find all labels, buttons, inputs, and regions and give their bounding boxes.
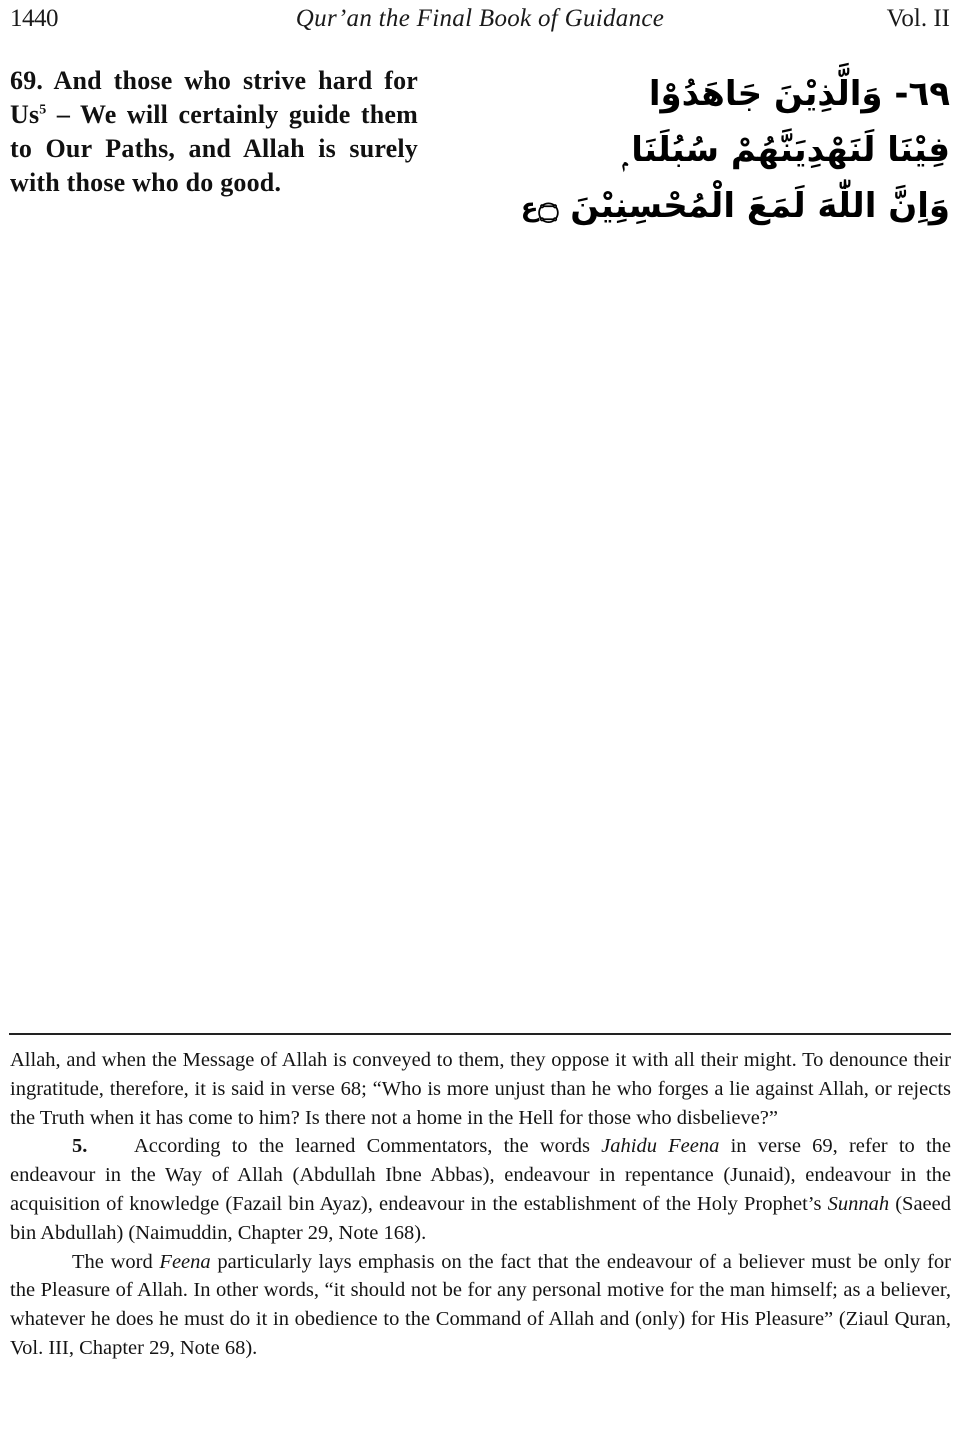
arabic-line-3: وَاِنَّ اللّٰهَ لَمَعَ الْمُحْسِنِيْنَ ۝ [539, 186, 950, 226]
footnote-5p2-text-a: The word [72, 1251, 159, 1273]
volume-label: Vol. II [887, 2, 950, 36]
footnote-5p2-term: Feena [159, 1251, 210, 1273]
verse-arabic: ٦٩- وَالَّذِيْنَ جَاهَدُوْا فِيْنَا لَنَ… [555, 66, 950, 236]
verse-number: 69. [10, 66, 43, 95]
running-head: 1440 Qur’an the Final Book of Guidance V… [10, 2, 950, 36]
footnote-5-number: 5. [72, 1132, 134, 1161]
footnotes-section: Allah, and when the Message of Allah is … [10, 1046, 951, 1363]
arabic-line-1: ٦٩- وَالَّذِيْنَ جَاهَدُوْا [555, 66, 950, 122]
ruku-mark-icon: ع [521, 180, 539, 236]
book-title: Qur’an the Final Book of Guidance [10, 2, 950, 36]
footnote-divider [9, 1033, 951, 1035]
footnote-5-term: Jahidu Feena [601, 1135, 719, 1157]
footnote-continuation: Allah, and when the Message of Allah is … [10, 1046, 951, 1132]
verse-translation: 69. And those who strive hard for Us5 – … [10, 64, 418, 200]
footnote-5-text-a: According to the learned Commentators, t… [134, 1135, 601, 1157]
arabic-line-2: فِيْنَا لَنَهْدِيَنَّهُمْ سُبُلَنَا ۭ [555, 122, 950, 178]
footnote-5-paragraph-2: The word Feena particularly lays emphasi… [10, 1248, 951, 1363]
footnote-5-term2: Sunnah [828, 1193, 890, 1215]
footnote-marker[interactable]: 5 [39, 102, 46, 117]
arabic-line-3-wrap: وَاِنَّ اللّٰهَ لَمَعَ الْمُحْسِنِيْنَ ۝… [555, 178, 950, 236]
verse-text-part2: – We will certainly guide them to Our Pa… [10, 100, 418, 197]
footnote-5: 5.According to the learned Commentators,… [10, 1132, 951, 1247]
